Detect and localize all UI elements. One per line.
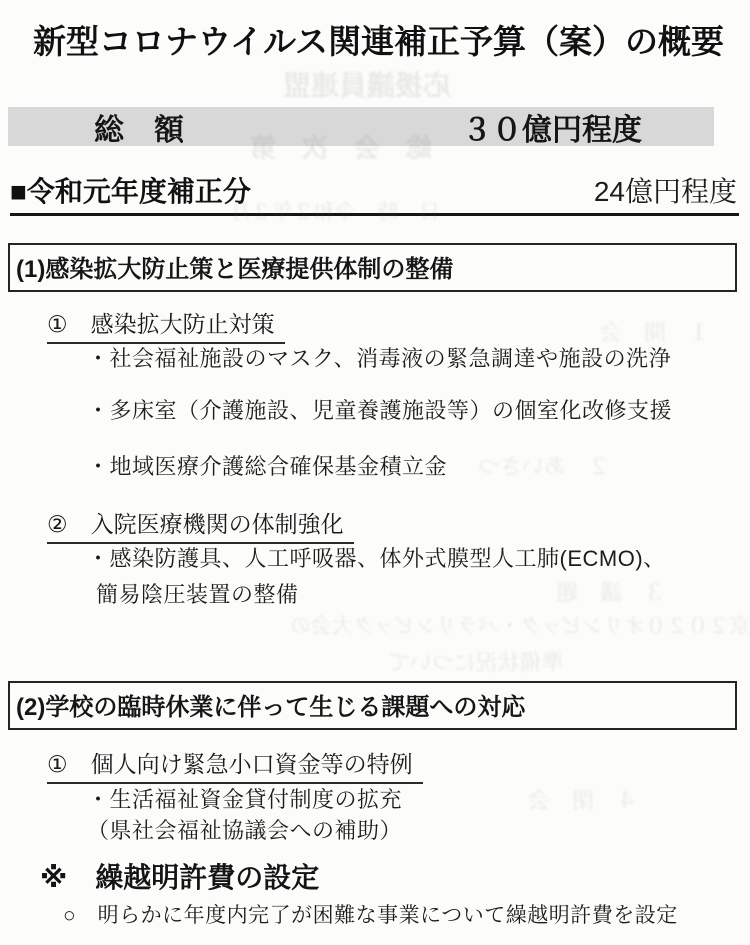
section1-group1-bullet1: ・社会福祉施設のマスク、消毒液の緊急調達や施設の洗浄 — [87, 342, 671, 373]
section2-group1-bullet1: ・生活福祉資金貸付制度の拡充 — [87, 783, 402, 814]
carryover-note-heading: ※ 繰越明許費の設定 — [40, 856, 319, 896]
bleedthrough-artifact: 東京２０２０オリンピック・パラリンピック大会の — [290, 610, 750, 640]
fiscal-year-amount: 24億円程度 — [594, 170, 737, 210]
bleedthrough-artifact: 準備状況について — [388, 646, 564, 677]
page: 新型コロナウイルス関連補正予算（案）の概要 総 額 ３０億円程度 ■令和元年度補… — [0, 0, 750, 945]
bleedthrough-artifact: 応援議員連盟 — [283, 64, 451, 104]
section1-group2-bullet1-line2: 簡易陰圧装置の整備 — [96, 578, 299, 609]
fiscal-year-heading: ■令和元年度補正分 — [10, 170, 251, 210]
bleedthrough-artifact: ４ 閉 会 — [528, 784, 638, 815]
carryover-note-body: ○ 明らかに年度内完了が困難な事業について繰越明許費を設定 — [63, 899, 678, 929]
section1-group2-bullet1-line1: ・感染防護具、人工呼吸器、体外式膜型人工肺(ECMO)、 — [87, 542, 666, 573]
section1-group2-heading: ② 入院医療機関の体制強化 — [47, 506, 354, 544]
section2-group1-heading: ① 個人向け緊急小口資金等の特例 — [47, 746, 423, 784]
section1-title-box: (1)感染拡大防止策と医療提供体制の整備 — [8, 243, 737, 292]
document-title: 新型コロナウイルス関連補正予算（案）の概要 — [33, 16, 723, 63]
bleedthrough-artifact: ３ 議 題 — [556, 576, 666, 607]
total-amount-bar: 総 額 ３０億円程度 — [8, 107, 714, 146]
total-amount: ３０億円程度 — [462, 105, 642, 149]
bleedthrough-artifact: ２ あいさつ — [478, 450, 610, 481]
total-label: 総 額 — [94, 105, 184, 149]
section1-group1-bullet3: ・地域医療介護総合確保基金積立金 — [87, 450, 447, 481]
section2-group1-bullet2: （県社会福祉協議会への補助） — [87, 814, 402, 845]
section1-group1-bullet2: ・多床室（介護施設、児童養護施設等）の個室化改修支援 — [87, 394, 672, 425]
section1-group1-heading: ① 感染拡大防止対策 — [47, 306, 285, 344]
section2-title-box: (2)学校の臨時休業に伴って生じる課題への対応 — [8, 681, 737, 730]
fiscal-year-section-header: ■令和元年度補正分 24億円程度 — [10, 170, 739, 216]
